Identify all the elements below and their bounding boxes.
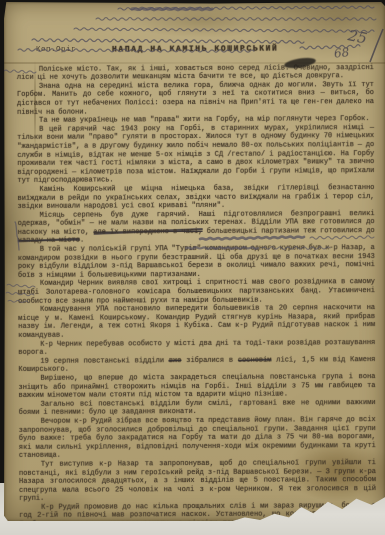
typed-text: Знана одна на середині міста велика гора…	[17, 81, 374, 117]
paragraph: 19 серпня повстанські відділи вже зібрал…	[18, 356, 375, 375]
paragraph: В той час у поліській групі УПА "Турів" …	[18, 244, 375, 280]
struck-text: нападу на місто	[18, 237, 80, 245]
struck-text: вже	[169, 357, 182, 365]
paragraph: Командир Черник виявляв свої хитрощі і с…	[18, 279, 375, 307]
document-title: НАПАД НА КАМІНЬ КОШИРСЬКИЙ	[17, 45, 374, 55]
typed-text: Командування УПА постановило випередити …	[18, 304, 375, 340]
struck-text: сосновім	[238, 356, 272, 364]
typed-text-block: НАПАД НА КАМІНЬ КОШИРСЬКИЙ Поліське міст…	[17, 45, 377, 535]
typed-text: В цей гарячий час 1943 року на Горбі, в …	[17, 124, 374, 185]
paragraph: Вирішено, що вперше до міста закрадеться…	[18, 373, 375, 401]
pencil-page-number: 25	[346, 26, 368, 48]
typed-text: Тут виступив к-р Назар та запропонував, …	[19, 459, 376, 503]
paragraph: Тут виступив к-р Назар та запропонував, …	[19, 459, 376, 504]
typed-text: Загально всі повстанські відділи були см…	[19, 399, 376, 417]
pencil-page-number: 68	[333, 45, 350, 61]
typed-text: зібралися в	[181, 357, 237, 365]
pencil-scribble	[32, 39, 304, 44]
typed-text: Поліське місто. Так, як і інші, ховаєтьс…	[17, 64, 374, 82]
struck-text: але їх випереджено в часі,	[93, 228, 202, 237]
paragraph: Загально всі повстанські відділи були см…	[19, 399, 376, 418]
document-body: Поліське місто. Так, як і інші, ховаєтьс…	[17, 64, 376, 535]
paragraph: В цей гарячий час 1943 року на Горбі, в …	[17, 124, 374, 186]
paragraph: К-р Черник перебував особисто у місті дв…	[18, 339, 375, 358]
typed-text: К-р Черник перебував особисто у місті дв…	[18, 339, 375, 357]
paper-stain	[124, 4, 284, 38]
paragraph: Поліське місто. Так, як і інші, ховаєтьс…	[17, 64, 374, 83]
typed-text: Камінь Коширський це міцна німецька база…	[17, 184, 374, 211]
paragraph: Командування УПА постановило випередити …	[18, 304, 375, 340]
scanned-document-photo: { "annotations": { "copy_note": "Коп.Орі…	[0, 0, 385, 535]
typed-text: 19 серпня повстанські відділи	[40, 357, 169, 366]
document-page: Коп.Оріг 25 68 НАПАД НА КАМІНЬ КОШИРСЬКИ…	[4, 2, 385, 521]
typed-text: В той час у поліській групі УПА "Турів" …	[18, 244, 375, 280]
typed-text: большевицькі партизани теж готовилися до	[202, 227, 374, 236]
paragraph: Місяць серпень був дуже гарячий. Наші пі…	[18, 210, 375, 246]
paragraph: Знана одна на середині міста велика гора…	[17, 81, 374, 117]
typed-text: Командир Черник виявляв свої хитрощі і с…	[18, 279, 375, 306]
typed-text: .	[80, 237, 84, 245]
typed-text: Вечором к-р Рудий зібрав все вояцтво та …	[19, 416, 376, 460]
paragraph: Вечором к-р Рудий зібрав все вояцтво та …	[19, 416, 376, 461]
paragraph: Камінь Коширський це міцна німецька база…	[17, 184, 374, 212]
typed-text: Вирішено, що вперше до міста закрадеться…	[18, 373, 375, 400]
